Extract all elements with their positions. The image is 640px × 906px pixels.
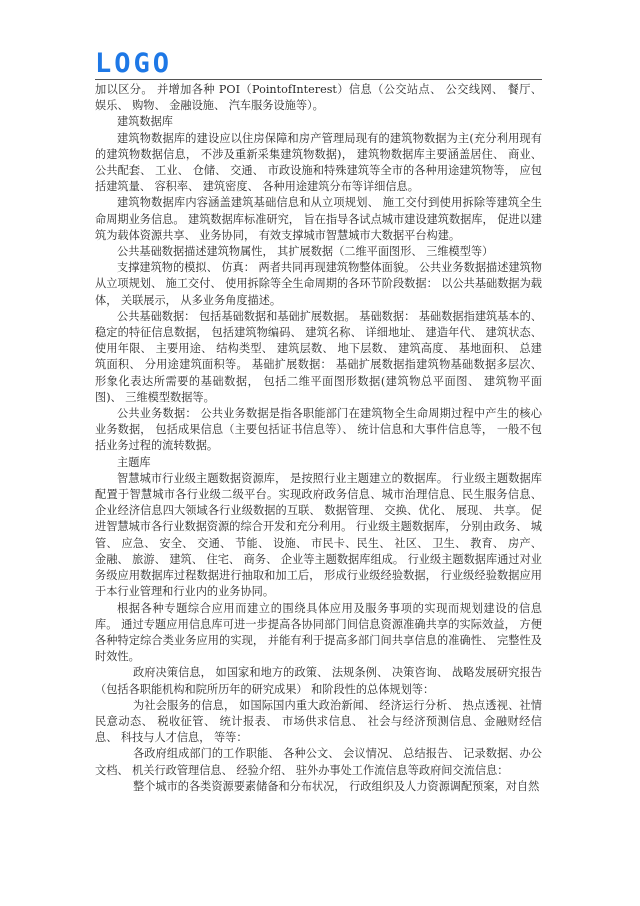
paragraph-gov-decision-info: 政府决策信息， 如国家和地方的政策、 法规条例、 决策咨询、 战略发展研究报告（… — [95, 665, 542, 697]
header-divider — [95, 79, 542, 80]
logo: LOGO — [95, 49, 172, 79]
heading-theme-database: 主题库 — [95, 455, 542, 471]
paragraph-gov-department-info: 各政府组成部门的工作职能、 各种公文、 会议情况、 总结报告、 记录数据、办公文… — [95, 746, 542, 778]
paragraph-public-base-data: 公共基础数据： 包括基础数据和基础扩展数据。 基础数据： 基础数据指建筑基本的、… — [95, 309, 542, 406]
paragraph-building-db-construction: 建筑物数据库的建设应以住房保障和房产管理局现有的建筑物数据为主(充分利用现有的建… — [95, 131, 542, 196]
paragraph-simulation: 支撑建筑物的模拟、 仿真： 两者共同再现建筑物整体面貌。 公共业务数据描述建筑物… — [95, 260, 542, 309]
paragraph-building-db-content: 建筑物数据库内容涵盖建筑基础信息和从立项规划、 施工交付到使用拆除等建筑全生命周… — [95, 195, 542, 244]
paragraph-public-base-data-desc: 公共基础数据描述建筑物属性， 其扩展数据（二维平面图形、 三维模型等） — [95, 244, 542, 260]
heading-building-database: 建筑数据库 — [95, 114, 542, 130]
paragraph-special-topic-db: 根据各种专题综合应用而建立的围绕具体应用及服务事项的实现而规划建设的信息库。 通… — [95, 601, 542, 666]
paragraph-industry-theme-db: 智慧城市行业级主题数据资源库， 是按照行业主题建立的数据库。 行业级主题数据库配… — [95, 471, 542, 601]
paragraph-poi: 加以区分。 并增加各种 POI（PointofInterest）信息（公交站点、… — [95, 82, 542, 114]
paragraph-city-resources: 整个城市的各类资源要素储备和分布状况， 行政组织及人力资源调配预案，对自然 — [95, 779, 542, 795]
paragraph-public-business-data: 公共业务数据： 公共业务数据是指各职能部门在建筑物全生命周期过程中产生的核心业务… — [95, 406, 542, 455]
document-body: 加以区分。 并增加各种 POI（PointofInterest）信息（公交站点、… — [95, 82, 542, 795]
paragraph-social-service-info: 为社会服务的信息， 如国际国内重大政治新闻、 经济运行分析、 热点透视、社情民意… — [95, 698, 542, 747]
